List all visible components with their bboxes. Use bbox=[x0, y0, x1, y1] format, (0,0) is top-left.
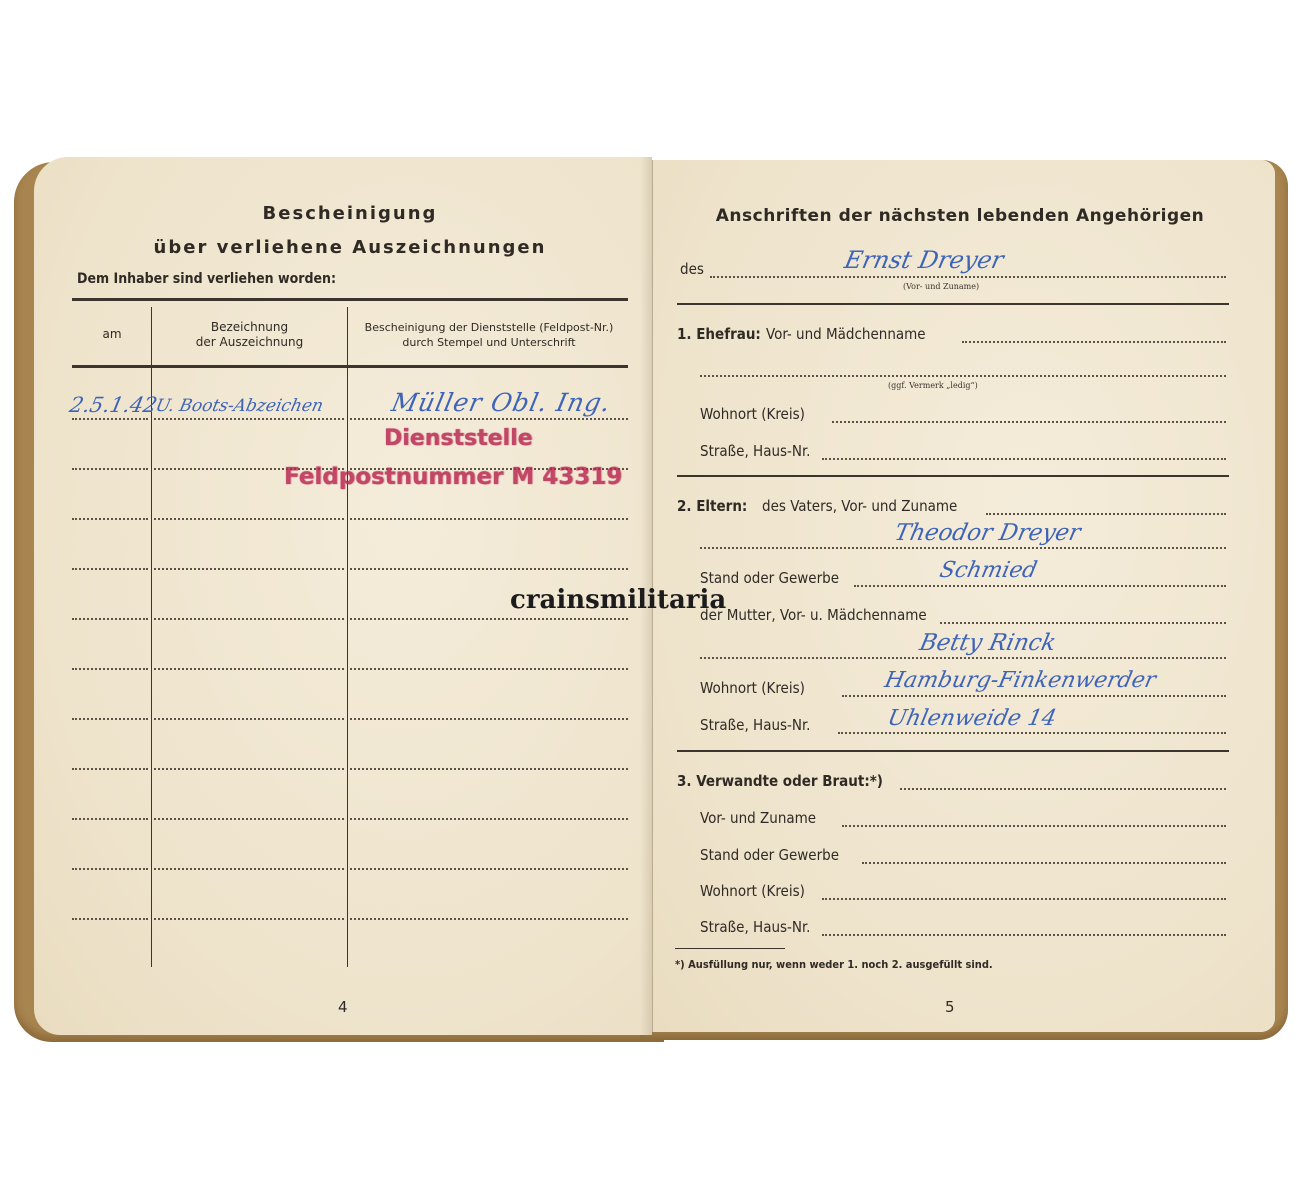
row-line bbox=[350, 718, 628, 720]
row-line bbox=[72, 718, 148, 720]
award-entry-name: U. Boots-Abzeichen bbox=[154, 396, 325, 416]
page-number-left: 4 bbox=[338, 998, 348, 1016]
section1-strasse-line bbox=[822, 458, 1226, 460]
row-line bbox=[72, 468, 148, 470]
section1-caption: (ggf. Vermerk „ledig“) bbox=[888, 381, 978, 390]
section1-strasse-label: Straße, Haus-Nr. bbox=[700, 442, 810, 460]
row-line bbox=[154, 718, 344, 720]
section3-wohnort-label: Wohnort (Kreis) bbox=[700, 882, 805, 900]
row-line bbox=[350, 868, 628, 870]
page-number-right: 5 bbox=[945, 998, 955, 1016]
row-line bbox=[350, 668, 628, 670]
des-label: des bbox=[680, 260, 704, 278]
section2-stand-value: Schmied bbox=[937, 558, 1039, 583]
section2-vater-label: des Vaters, Vor- und Zuname bbox=[762, 497, 957, 515]
row-line bbox=[350, 918, 628, 920]
row-line bbox=[154, 668, 344, 670]
watermark: crainsmilitaria bbox=[510, 585, 726, 615]
row-line bbox=[72, 768, 148, 770]
row-line bbox=[154, 568, 344, 570]
row-line bbox=[154, 918, 344, 920]
column-header-award-line1: Bezeichnung bbox=[152, 320, 347, 335]
column-header-certification: Bescheinigung der Dienststelle (Feldpost… bbox=[348, 320, 630, 350]
row-line bbox=[350, 568, 628, 570]
stamp-feldpostnummer: Feldpostnummer M 43319 bbox=[284, 464, 622, 490]
row-line bbox=[72, 418, 148, 420]
row-line bbox=[154, 818, 344, 820]
row-line bbox=[72, 518, 148, 520]
section3-heading-line bbox=[900, 788, 1226, 790]
section2-mutter-line bbox=[940, 622, 1226, 624]
section3-heading: 3. Verwandte oder Braut:*) bbox=[677, 772, 883, 790]
row-line bbox=[350, 618, 628, 620]
section2-strasse-value: Uhlenweide 14 bbox=[885, 706, 1058, 731]
column-header-award: Bezeichnung der Auszeichnung bbox=[152, 320, 347, 350]
stamp-dienststelle: Dienststelle bbox=[384, 426, 533, 451]
column-header-cert-line1: Bescheinigung der Dienststelle (Feldpost… bbox=[348, 320, 630, 335]
section1-wohnort-label: Wohnort (Kreis) bbox=[700, 405, 805, 423]
row-line bbox=[72, 668, 148, 670]
section1-name-line-2 bbox=[700, 375, 1226, 377]
section2-vater-line-2 bbox=[700, 547, 1226, 549]
section3-wohnort-line bbox=[822, 898, 1226, 900]
section3-strasse-label: Straße, Haus-Nr. bbox=[700, 918, 810, 936]
row-line bbox=[350, 518, 628, 520]
section2-mutter-value: Betty Rinck bbox=[917, 630, 1058, 656]
footnote: *) Ausfüllung nur, wenn weder 1. noch 2.… bbox=[675, 958, 993, 971]
column-header-cert-line2: durch Stempel und Unterschrift bbox=[348, 335, 630, 350]
section1-name-label: Vor- und Mädchenname bbox=[766, 325, 926, 343]
row-line bbox=[72, 818, 148, 820]
section3-strasse-line bbox=[822, 934, 1226, 936]
column-header-date: am bbox=[74, 327, 150, 342]
section2-heading: 2. Eltern: bbox=[677, 497, 747, 515]
column-header-award-line2: der Auszeichnung bbox=[152, 335, 347, 350]
row-line bbox=[154, 418, 344, 420]
row-line bbox=[154, 618, 344, 620]
row-line bbox=[154, 518, 344, 520]
section2-vater-value: Theodor Dreyer bbox=[892, 520, 1083, 546]
des-line bbox=[710, 276, 1226, 278]
section-divider bbox=[677, 750, 1229, 752]
table-top-rule bbox=[72, 298, 628, 301]
section2-wohnort-value: Hamburg-Finkenwerder bbox=[882, 668, 1158, 693]
row-line bbox=[72, 868, 148, 870]
section3-stand-label: Stand oder Gewerbe bbox=[700, 846, 839, 864]
left-page-intro: Dem Inhaber sind verliehen worden: bbox=[77, 271, 336, 287]
section1-wohnort-line bbox=[832, 421, 1226, 423]
section3-name-label: Vor- und Zuname bbox=[700, 809, 816, 827]
section1-heading: 1. Ehefrau: bbox=[677, 325, 761, 343]
row-line bbox=[154, 768, 344, 770]
footnote-rule bbox=[675, 948, 785, 949]
row-line bbox=[350, 768, 628, 770]
des-caption: (Vor- und Zuname) bbox=[903, 282, 979, 291]
left-page-subtitle: über verliehene Auszeichnungen bbox=[64, 237, 636, 258]
section1-name-line bbox=[962, 341, 1226, 343]
section2-strasse-label: Straße, Haus-Nr. bbox=[700, 716, 810, 734]
section3-stand-line bbox=[862, 862, 1226, 864]
row-line bbox=[72, 618, 148, 620]
table-column-divider bbox=[347, 307, 348, 967]
row-line bbox=[72, 568, 148, 570]
section-divider bbox=[677, 303, 1229, 305]
row-line bbox=[72, 918, 148, 920]
row-line bbox=[154, 868, 344, 870]
des-value: Ernst Dreyer bbox=[842, 246, 1006, 274]
section3-name-line bbox=[842, 825, 1226, 827]
award-entry-date: 2.5.1.42 bbox=[67, 393, 159, 417]
table-header-rule bbox=[72, 365, 628, 368]
row-line bbox=[350, 418, 628, 420]
right-page-title: Anschriften der nächsten lebenden Angehö… bbox=[700, 206, 1220, 226]
section2-strasse-line bbox=[838, 732, 1226, 734]
award-entry-signature: Müller Obl. Ing. bbox=[389, 388, 614, 417]
section2-mutter-label: der Mutter, Vor- u. Mädchenname bbox=[700, 606, 927, 624]
section2-vater-line bbox=[986, 513, 1226, 515]
section-divider bbox=[677, 475, 1229, 477]
section2-wohnort-label: Wohnort (Kreis) bbox=[700, 679, 805, 697]
row-line bbox=[350, 818, 628, 820]
section2-stand-line bbox=[854, 585, 1226, 587]
left-page-title: Bescheinigung bbox=[64, 203, 636, 224]
section2-wohnort-line bbox=[842, 695, 1226, 697]
section2-mutter-line-2 bbox=[700, 657, 1226, 659]
